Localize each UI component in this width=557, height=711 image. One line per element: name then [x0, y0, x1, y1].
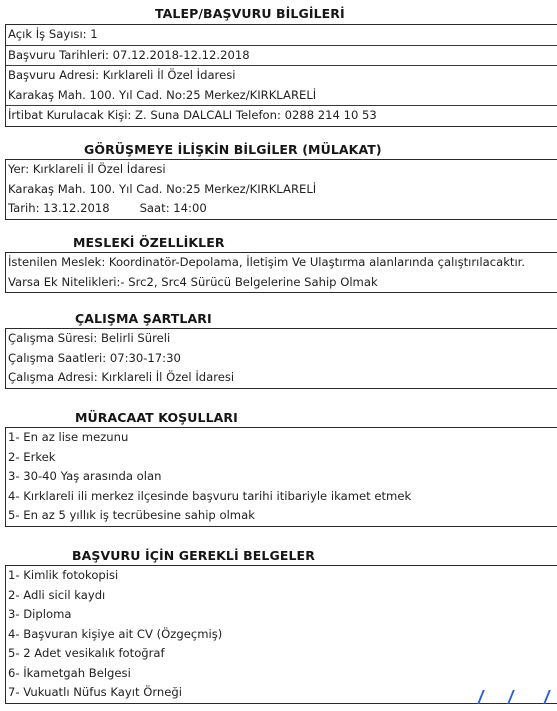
row-work-address: Çalışma Adresi: Kırklareli İl Özel İdare… [6, 368, 557, 388]
documents-box: 1- Kimlik fotokopisi 2- Adli sicil kaydı… [5, 565, 557, 704]
list-item: 1- Kimlik fotokopisi [6, 566, 557, 586]
section-title: GÖRÜŞMEYE İLİŞKİN BİLGİLER (MÜLAKAT) [84, 142, 382, 157]
interview-time: Saat: 14:00 [140, 201, 207, 215]
list-item: 4- Başvuran kişiye ait CV (Özgeçmiş) [6, 625, 557, 645]
pen-stroke [507, 690, 515, 704]
row-contact-person: İrtibat Kurulacak Kişi: Z. Suna DALCALI … [6, 106, 557, 126]
pen-marks [470, 690, 557, 708]
row-application-address: Başvuru Adresi: Kırklareli İl Özel İdare… [6, 66, 557, 86]
list-item: 2- Adli sicil kaydı [6, 586, 557, 606]
application-info-box: Açık İş Sayısı: 1 Başvuru Tarihleri: 07.… [5, 24, 557, 127]
row-interview-datetime: Tarih: 13.12.2018Saat: 14:00 [6, 199, 557, 219]
section-title: MESLEKİ ÖZELLİKLER [73, 235, 225, 250]
document-page: TALEP/BAŞVURU BİLGİLERİ Açık İş Sayısı: … [0, 0, 557, 711]
pen-stroke [477, 690, 485, 704]
row-extra-qualifications: Varsa Ek Nitelikleri:- Src2, Src4 Sürücü… [6, 273, 557, 293]
row-application-address-line2: Karakaş Mah. 100. Yıl Cad. No:25 Merkez/… [6, 86, 557, 107]
row-work-hours: Çalışma Saatleri: 07:30-17:30 [6, 349, 557, 369]
occupation-box: İstenilen Meslek: Koordinatör-Depolama, … [5, 252, 557, 293]
row-interview-place: Yer: Kırklareli İl Özel İdaresi [6, 160, 557, 180]
section-title: ÇALIŞMA ŞARTLARI [75, 311, 212, 326]
requirements-box: 1- En az lise mezunu 2- Erkek 3- 30-40 Y… [5, 427, 557, 527]
row-application-dates: Başvuru Tarihleri: 07.12.2018-12.12.2018 [6, 46, 557, 67]
section-title: TALEP/BAŞVURU BİLGİLERİ [155, 6, 345, 21]
row-interview-address: Karakaş Mah. 100. Yıl Cad. No:25 Merkez/… [6, 180, 557, 200]
list-item: 4- Kırklareli ili merkez ilçesinde başvu… [6, 487, 557, 507]
interview-info-box: Yer: Kırklareli İl Özel İdaresi Karakaş … [5, 159, 557, 220]
list-item: 3- Diploma [6, 605, 557, 625]
section-title: BAŞVURU İÇİN GEREKLİ BELGELER [72, 548, 315, 563]
list-item: 5- En az 5 yıllık iş tecrübesine sahip o… [6, 506, 557, 526]
row-occupation: İstenilen Meslek: Koordinatör-Depolama, … [6, 253, 557, 273]
section-title: MÜRACAAT KOŞULLARI [75, 410, 238, 425]
list-item: 2- Erkek [6, 448, 557, 468]
list-item: 6- İkametgah Belgesi [6, 664, 557, 684]
list-item: 3- 30-40 Yaş arasında olan [6, 467, 557, 487]
pen-stroke [543, 690, 551, 704]
list-item: 1- En az lise mezunu [6, 428, 557, 448]
list-item: 5- 2 Adet vesikalık fotoğraf [6, 644, 557, 664]
row-work-duration: Çalışma Süresi: Belirli Süreli [6, 329, 557, 349]
working-conditions-box: Çalışma Süresi: Belirli Süreli Çalışma S… [5, 328, 557, 389]
row-open-positions: Açık İş Sayısı: 1 [6, 25, 557, 46]
interview-date: Tarih: 13.12.2018 [8, 201, 110, 215]
